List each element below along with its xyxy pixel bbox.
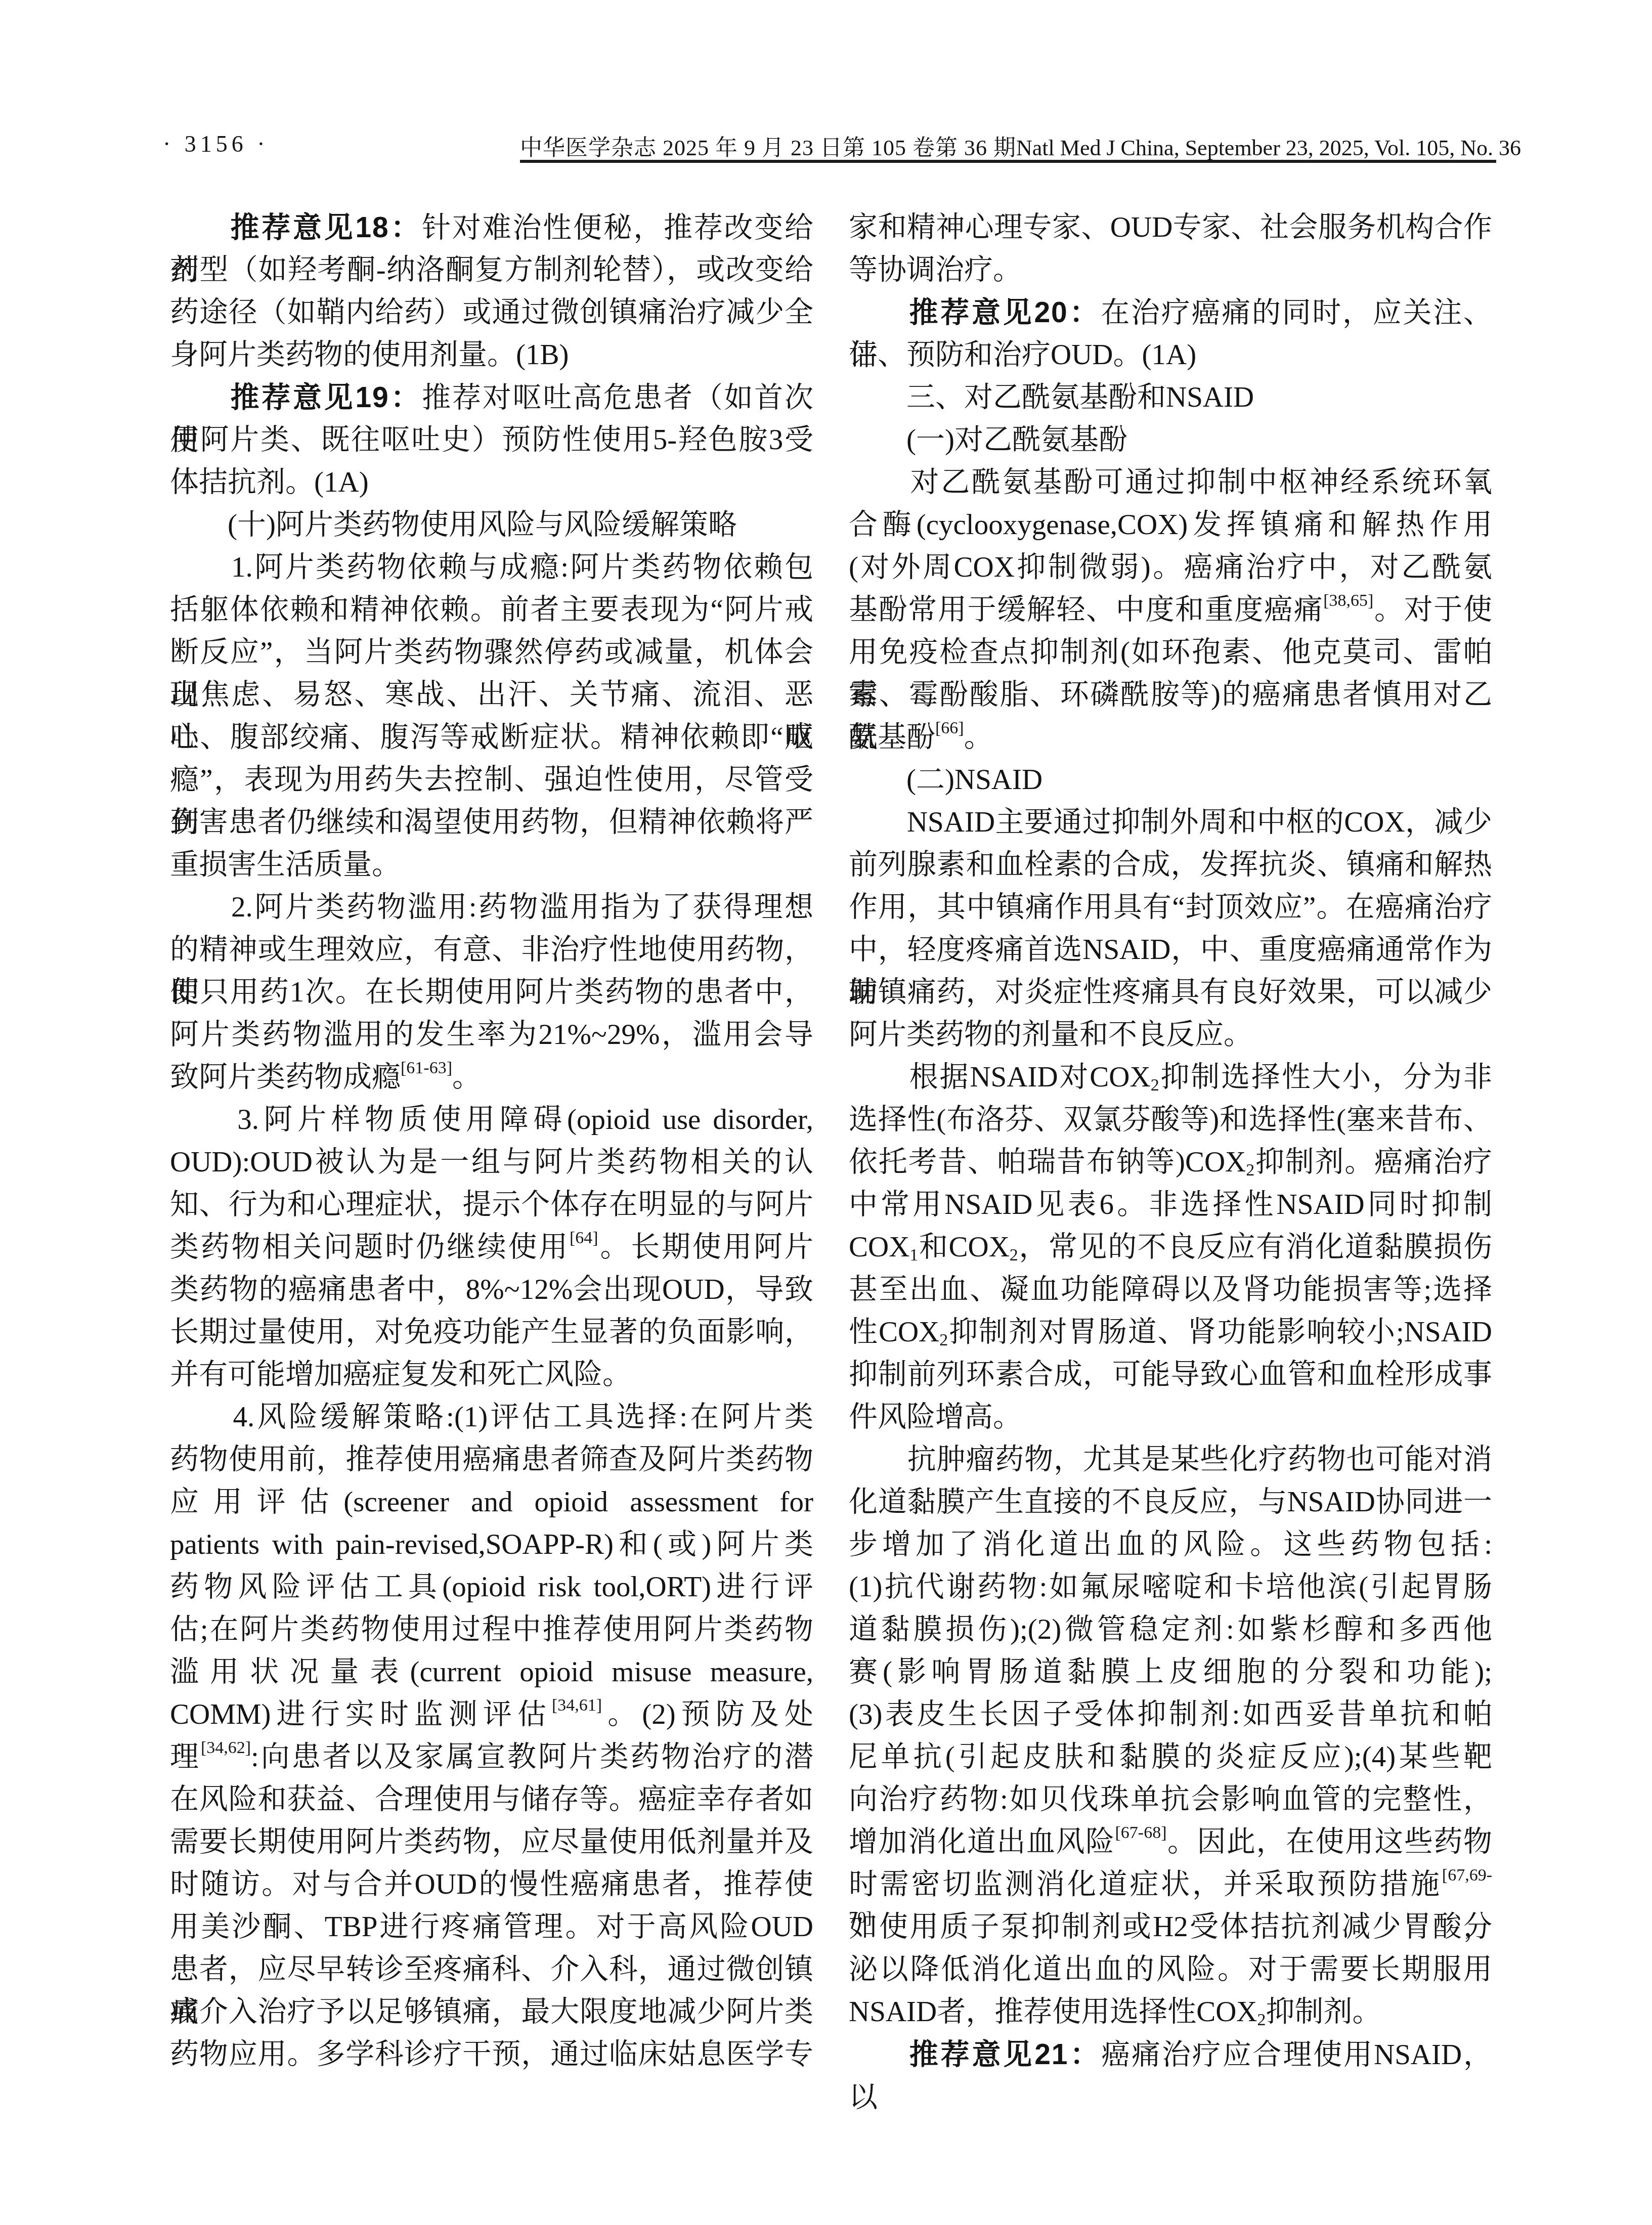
text-line: 推荐意见21：癌痛治疗应合理使用NSAID，以 — [849, 2033, 1492, 2076]
text-line: 知、行为和心理症状，提示个体存在明显的与阿片 — [170, 1184, 813, 1226]
text-line: (十)阿片类药物使用风险与风险缓解策略 — [170, 504, 813, 546]
running-head: 中华医学杂志 2025 年 9 月 23 日第 105 卷第 36 期 Natl… — [520, 129, 1496, 162]
text-line: NSAID者，推荐使用选择性COX2抑制剂。 — [849, 1991, 1492, 2033]
text-line: 抑制前列环素合成，可能导致心血管和血栓形成事 — [849, 1354, 1492, 1396]
text-line: 阿片类药物的剂量和不良反应。 — [849, 1014, 1492, 1056]
reference-superscript: [34,62] — [201, 1738, 251, 1757]
text-line: 素、霉酚酸脂、环磷酰胺等)的癌痛患者慎用对乙酰 — [849, 674, 1492, 716]
text-line: 推荐意见18：针对难治性便秘，推荐改变给药 — [170, 206, 813, 249]
text-line: 的精神或生理效应，有意、非治疗性地使用药物，即 — [170, 929, 813, 971]
text-line: 伤害患者仍继续和渴望使用药物，但精神依赖将严 — [170, 801, 813, 844]
reference-superscript: [67-68] — [1115, 1823, 1167, 1842]
text-line: (1)抗代谢药物:如氟尿嘧啶和卡培他滨(引起胃肠 — [849, 1566, 1492, 1608]
text-line: 身阿片类药物的使用剂量。(1B) — [170, 334, 813, 376]
text-line: 中，轻度疼痛首选NSAID，中、重度癌痛通常作为辅 — [849, 929, 1492, 971]
text-line: 1.阿片类药物依赖与成瘾:阿片类药物依赖包 — [170, 546, 813, 589]
text-line: 中常用NSAID见表6。非选择性NSAID同时抑制 — [849, 1184, 1492, 1226]
header-rule — [520, 160, 1496, 163]
text-line: 阿片类药物滥用的发生率为21%~29%，滥用会导 — [170, 1014, 813, 1056]
text-line: 断反应”，当阿片类药物骤然停药或减量，机体会出 — [170, 631, 813, 674]
journal-citation-english: Natl Med J China, September 23, 2025, Vo… — [1016, 135, 1521, 161]
subscript: 2 — [939, 1331, 948, 1349]
text-line: 用免疫检查点抑制剂(如环孢素、他克莫司、雷帕霉 — [849, 631, 1492, 674]
text-line: COMM)进行实时监测评估[34,61]。(2)预防及处 — [170, 1693, 813, 1736]
text-line: 选择性(布洛芬、双氯芬酸等)和选择性(塞来昔布、 — [849, 1099, 1492, 1141]
text-line: 理[34,62]:向患者以及家属宣教阿片类药物治疗的潜 — [170, 1736, 813, 1778]
text-line: 前列腺素和血栓素的合成，发挥抗炎、镇痛和解热 — [849, 844, 1492, 886]
text-line: 滥用状况量表(current opioid misuse measure, — [170, 1651, 813, 1693]
text-line: 抗肿瘤药物，尤其是某些化疗药物也可能对消 — [849, 1438, 1492, 1481]
journal-citation-chinese: 中华医学杂志 2025 年 9 月 23 日第 105 卷第 36 期 — [520, 129, 1016, 162]
text-line: 泌以降低消化道出血的风险。对于需要长期服用 — [849, 1948, 1492, 1991]
text-line: (一)对乙酰氨基酚 — [849, 419, 1492, 461]
text-line: 性COX2抑制剂对胃肠道、肾功能影响较小;NSAID — [849, 1311, 1492, 1354]
text-line: NSAID主要通过抑制外周和中枢的COX，减少 — [849, 801, 1492, 844]
text-line: 估;在阿片类药物使用过程中推荐使用阿片类药物 — [170, 1608, 813, 1651]
text-line: 类药物的癌痛患者中，8%~12%会出现OUD，导致 — [170, 1269, 813, 1311]
text-line: 如使用质子泵抑制剂或H2受体拮抗剂减少胃酸分 — [849, 1906, 1492, 1948]
reference-superscript: [66] — [935, 719, 964, 737]
reference-superscript: [38,65] — [1323, 591, 1373, 610]
text-line: 剂型（如羟考酮-纳洛酮复方制剂轮替），或改变给 — [170, 249, 813, 291]
text-line: (对外周COX抑制微弱)。癌痛治疗中，对乙酰氨 — [849, 546, 1492, 589]
text-line: 用阿片类、既往呕吐史）预防性使用5-羟色胺3受 — [170, 419, 813, 461]
bold-lead: 推荐意见20： — [909, 296, 1101, 329]
text-line: COX1和COX2，常见的不良反应有消化道黏膜损伤 — [849, 1226, 1492, 1269]
text-line: 体拮抗剂。(1A) — [170, 461, 813, 504]
text-line: 并有可能增加癌症复发和死亡风险。 — [170, 1354, 813, 1396]
text-line: 在风险和获益、合理使用与储存等。癌症幸存者如 — [170, 1778, 813, 1821]
bold-lead: 推荐意见19： — [230, 381, 422, 414]
text-line: 道黏膜损伤);(2)微管稳定剂:如紫杉醇和多西他 — [849, 1608, 1492, 1651]
text-line: 致阿片类药物成瘾[61-63]。 — [170, 1056, 813, 1099]
text-line: 或介入治疗予以足够镇痛，最大限度地减少阿片类 — [170, 1991, 813, 2033]
text-line: 增加消化道出血风险[67-68]。因此，在使用这些药物 — [849, 1821, 1492, 1863]
text-line: 氨基酚[66]。 — [849, 716, 1492, 759]
text-line: 助镇痛药，对炎症性疼痛具有良好效果，可以减少 — [849, 971, 1492, 1014]
right-column: 家和精神心理专家、OUD专家、社会服务机构合作等协调治疗。 推荐意见20：在治疗… — [849, 206, 1492, 2076]
subscript: 2 — [1010, 1246, 1018, 1264]
text-line: 步增加了消化道出血的风险。这些药物包括: — [849, 1523, 1492, 1566]
text-line: 向治疗药物:如贝伐珠单抗会影响血管的完整性， — [849, 1778, 1492, 1821]
text-line: 吐、腹部绞痛、腹泻等戒断症状。精神依赖即“成 — [170, 716, 813, 759]
text-line: 时随访。对与合并OUD的慢性癌痛患者，推荐使 — [170, 1863, 813, 1906]
text-line: 作用，其中镇痛作用具有“封顶效应”。在癌痛治疗 — [849, 886, 1492, 929]
page-number: · 3156 · — [163, 130, 269, 157]
bold-lead: 推荐意见21： — [909, 2038, 1102, 2071]
text-line: 时需密切监测消化道症状，并采取预防措施[67,69-70]， — [849, 1863, 1492, 1906]
text-line: 用美沙酮、TBP进行疼痛管理。对于高风险OUD — [170, 1906, 813, 1948]
reference-superscript: [64] — [570, 1229, 598, 1247]
text-line: 赛(影响胃肠道黏膜上皮细胞的分裂和功能); — [849, 1651, 1492, 1693]
text-line: 三、对乙酰氨基酚和NSAID — [849, 376, 1492, 419]
text-line: 2.阿片类药物滥用:药物滥用指为了获得理想 — [170, 886, 813, 929]
text-line: (3)表皮生长因子受体抑制剂:如西妥昔单抗和帕 — [849, 1693, 1492, 1736]
left-column: 推荐意见18：针对难治性便秘，推荐改变给药剂型（如羟考酮-纳洛酮复方制剂轮替），… — [170, 206, 813, 2076]
text-line: 合酶(cyclooxygenase,COX)发挥镇痛和解热作用 — [849, 504, 1492, 546]
text-line: 甚至出血、凝血功能障碍以及肾功能损害等;选择 — [849, 1269, 1492, 1311]
text-line: OUD):OUD被认为是一组与阿片类药物相关的认 — [170, 1141, 813, 1184]
text-line: 患者，应尽早转诊至疼痛科、介入科，通过微创镇痛 — [170, 1948, 813, 1991]
text-line: 重损害生活质量。 — [170, 844, 813, 886]
subscript: 2 — [1257, 2011, 1266, 2029]
text-line: 药途径（如鞘内给药）或通过微创镇痛治疗减少全 — [170, 291, 813, 334]
text-line: 依托考昔、帕瑞昔布钠等)COX2抑制剂。癌痛治疗 — [849, 1141, 1492, 1184]
text-line: 应用评估(screener and opioid assessment for — [170, 1481, 813, 1523]
subscript: 2 — [1151, 1076, 1159, 1095]
subscript: 1 — [909, 1246, 918, 1264]
bold-lead: 推荐意见18： — [230, 211, 422, 244]
text-line: 药物风险评估工具(opioid risk tool,ORT)进行评 — [170, 1566, 813, 1608]
text-line: 推荐意见20：在治疗癌痛的同时，应关注、评 — [849, 291, 1492, 334]
text-line: 基酚常用于缓解轻、中度和重度癌痛[38,65]。对于使 — [849, 589, 1492, 631]
text-line: patients with pain-revised,SOAPP-R)和(或)阿… — [170, 1523, 813, 1566]
text-line: 长期过量使用，对免疫功能产生显著的负面影响， — [170, 1311, 813, 1354]
text-line: 现焦虑、易怒、寒战、出汗、关节痛、流泪、恶心、呕 — [170, 674, 813, 716]
text-line: 家和精神心理专家、OUD专家、社会服务机构合作 — [849, 206, 1492, 249]
text-line: (二)NSAID — [849, 759, 1492, 801]
subscript: 2 — [1246, 1161, 1254, 1180]
text-line: 3.阿片样物质使用障碍(opioid use disorder, — [170, 1099, 813, 1141]
text-line: 类药物相关问题时仍继续使用[64]。长期使用阿片 — [170, 1226, 813, 1269]
reference-superscript: [34,61] — [552, 1696, 602, 1715]
text-line: 估、预防和治疗OUD。(1A) — [849, 334, 1492, 376]
text-line: 等协调治疗。 — [849, 249, 1492, 291]
text-line: 药物应用。多学科诊疗干预，通过临床姑息医学专 — [170, 2033, 813, 2076]
text-line: 4.风险缓解策略:(1)评估工具选择:在阿片类 — [170, 1396, 813, 1438]
text-line: 瘾”，表现为用药失去控制、强迫性使用，尽管受到 — [170, 759, 813, 801]
text-line: 尼单抗(引起皮肤和黏膜的炎症反应);(4)某些靶 — [849, 1736, 1492, 1778]
text-line: 化道黏膜产生直接的不良反应，与NSAID协同进一 — [849, 1481, 1492, 1523]
text-line: 括躯体依赖和精神依赖。前者主要表现为“阿片戒 — [170, 589, 813, 631]
reference-superscript: [61-63] — [401, 1059, 452, 1077]
text-line: 使只用药1次。在长期使用阿片类药物的患者中， — [170, 971, 813, 1014]
text-line: 推荐意见19：推荐对呕吐高危患者（如首次使 — [170, 376, 813, 419]
text-line: 对乙酰氨基酚可通过抑制中枢神经系统环氧 — [849, 461, 1492, 504]
text-line: 药物使用前，推荐使用癌痛患者筛查及阿片类药物 — [170, 1438, 813, 1481]
text-line: 件风险增高。 — [849, 1396, 1492, 1438]
journal-page: · 3156 · 中华医学杂志 2025 年 9 月 23 日第 105 卷第 … — [0, 0, 1652, 2225]
text-line: 需要长期使用阿片类药物，应尽量使用低剂量并及 — [170, 1821, 813, 1863]
text-line: 根据NSAID对COX2抑制选择性大小，分为非 — [849, 1056, 1492, 1099]
